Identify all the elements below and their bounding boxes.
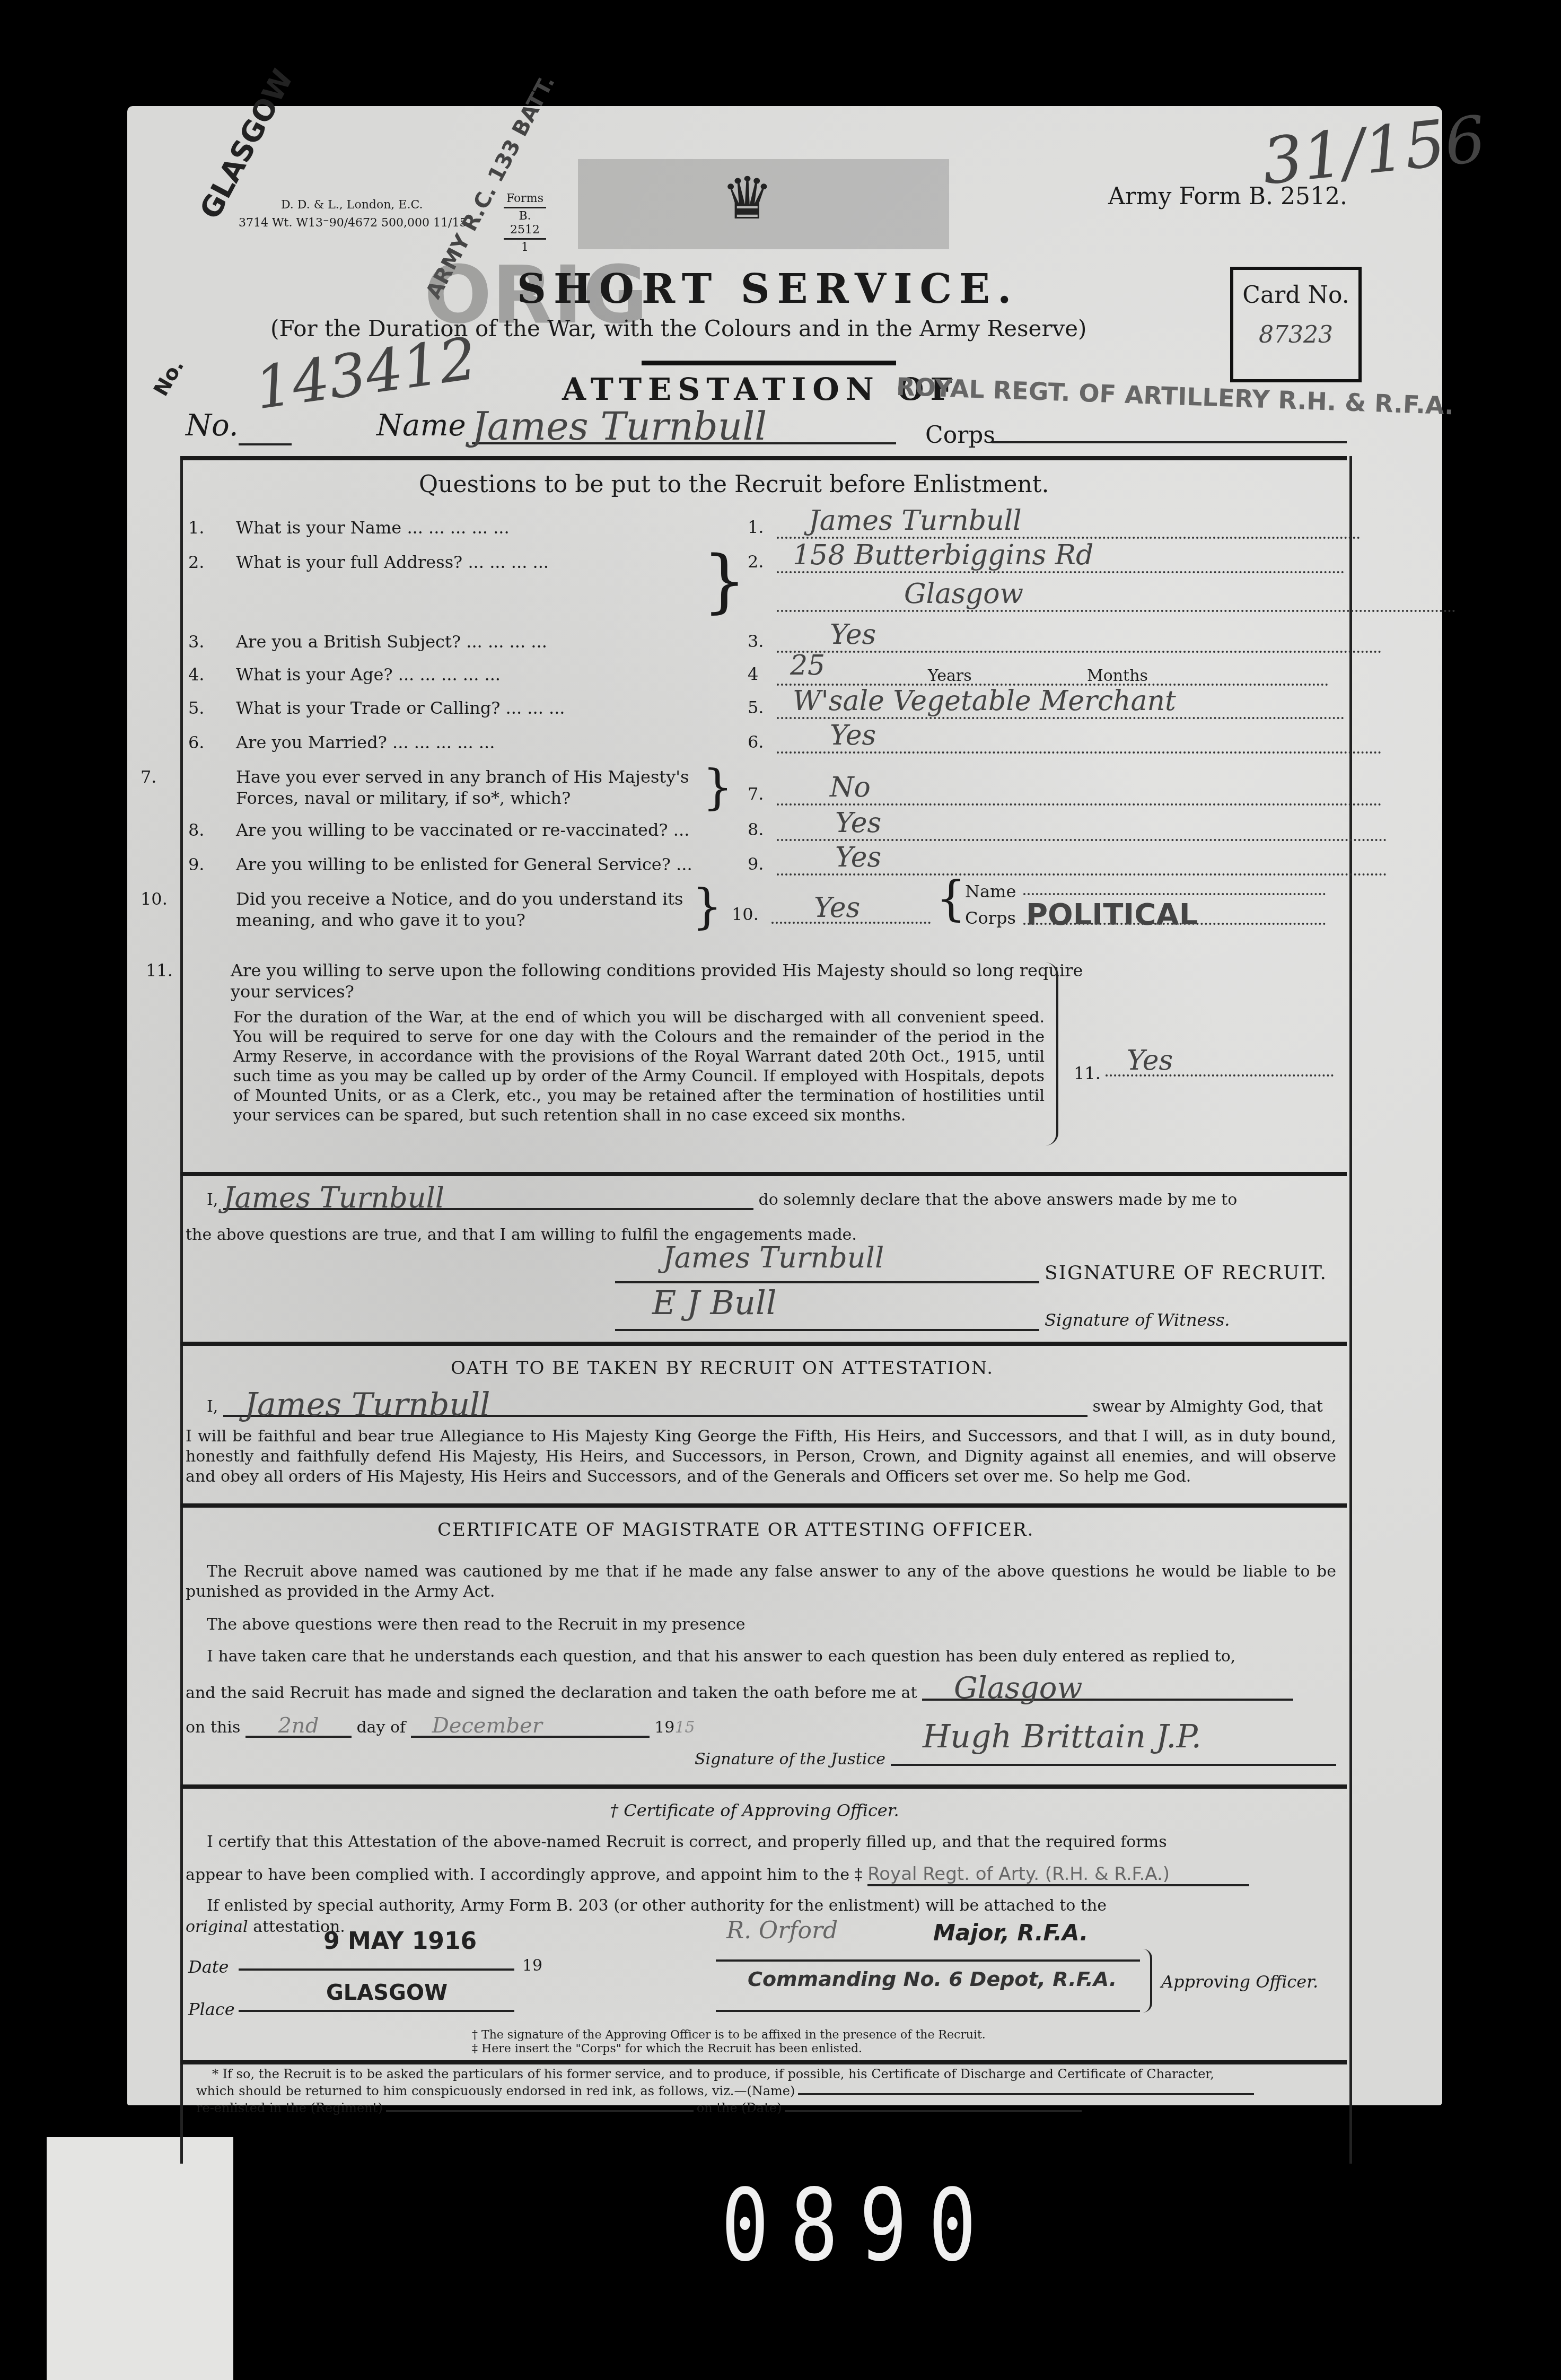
answer-6: Yes bbox=[777, 720, 1381, 754]
brace-icon: } bbox=[703, 546, 747, 615]
q-num: 2. bbox=[188, 552, 236, 573]
footer-note-1: * If so, the Recruit is to be asked the … bbox=[196, 2066, 1336, 2082]
form-title: SHORT SERVICE. bbox=[517, 265, 1019, 312]
footer-note-3-row: re-enlisted in the (Regiment)on the (Dat… bbox=[196, 2099, 1336, 2116]
justice-signature: Hugh Brittain J.P. bbox=[891, 1718, 1336, 1766]
q-num: 5. bbox=[188, 697, 236, 719]
q-text: Are you a British Subject? ... ... ... .… bbox=[236, 632, 547, 652]
declaration-text: do solemnly declare that the above answe… bbox=[758, 1191, 1237, 1209]
royal-crest-area: ♛ bbox=[578, 159, 949, 249]
date-stamp: 9 MAY 1916 bbox=[323, 1928, 477, 1955]
recruit-signature: James Turnbull bbox=[615, 1241, 1039, 1283]
question-10: 10.Did you receive a Notice, and do you … bbox=[188, 888, 745, 931]
attestation-place: Glasgow bbox=[922, 1678, 1293, 1701]
answer-3: Yes bbox=[777, 619, 1381, 653]
q-num: 8. bbox=[188, 819, 236, 841]
answer-7: No bbox=[777, 772, 1381, 806]
printer-line-2: 3714 Wt. W13⁻90/4672 500,000 11/15 bbox=[239, 214, 467, 232]
q-text: What is your full Address? ... ... ... .… bbox=[236, 552, 549, 572]
q-num: 1. bbox=[188, 517, 236, 538]
officer-line-2 bbox=[716, 2010, 1140, 2012]
footer-note-2: which should be returned to him conspicu… bbox=[196, 2084, 795, 2098]
answer-2-line2: Glasgow bbox=[777, 578, 1455, 612]
a-num: 1. bbox=[748, 517, 764, 537]
rule-top bbox=[180, 456, 1347, 460]
witness-signature-label: Signature of Witness. bbox=[1045, 1310, 1230, 1330]
oath-prefix: I, bbox=[207, 1397, 218, 1416]
rule-footer bbox=[180, 2060, 1347, 2064]
question-6: 6.Are you Married? ... ... ... ... ... bbox=[188, 732, 718, 753]
rule-declaration bbox=[180, 1172, 1347, 1176]
q-text: Did you receive a Notice, and do you und… bbox=[236, 889, 683, 930]
no-underline bbox=[239, 443, 292, 445]
answer-9: Yes bbox=[777, 842, 1387, 876]
q-text: Are you willing to serve upon the follow… bbox=[231, 960, 1083, 1002]
a-num: 5. bbox=[748, 697, 764, 717]
q-text: What is your Name ... ... ... ... ... bbox=[236, 518, 510, 538]
footnote-2: ‡ Here insert the "Corps" for which the … bbox=[472, 2042, 986, 2056]
card-number: 87323 bbox=[1233, 321, 1358, 348]
answer-10: Yes bbox=[771, 892, 931, 924]
magistrate-p4: and the said Recruit has made and signed… bbox=[186, 1678, 1336, 1703]
original-word: original bbox=[186, 1918, 248, 1936]
forms-number: B. 2512 bbox=[504, 209, 546, 237]
footnote-1: † The signature of the Approving Officer… bbox=[472, 2028, 986, 2042]
printer-line-1: D. D. & L., London, E.C. bbox=[239, 196, 467, 214]
q-num: 11. bbox=[188, 960, 231, 981]
footer-note-3b: on the (Date) bbox=[697, 2101, 782, 2115]
regimental-no-label: No. bbox=[186, 408, 239, 443]
answer-2: 158 Butterbiggins Rd bbox=[777, 539, 1344, 573]
a-num: 11. bbox=[1074, 1063, 1101, 1083]
place-line bbox=[239, 2010, 514, 2012]
corps-label: Corps bbox=[925, 422, 995, 449]
oath-line-1: I, James Turnbull swear by Almighty God,… bbox=[186, 1395, 1336, 1417]
brace-icon: { bbox=[936, 875, 966, 923]
years-label: Years bbox=[928, 667, 972, 685]
brace-icon bbox=[1046, 962, 1058, 1145]
q-num: 6. bbox=[188, 732, 236, 753]
magistrate-date-line: on this 2nd day of December 1915 bbox=[186, 1716, 822, 1738]
answer-4: 25 bbox=[790, 650, 825, 681]
a-num: 7. bbox=[748, 784, 764, 804]
paper-slip bbox=[47, 2137, 233, 2380]
approving-p2-text: appear to have been complied with. I acc… bbox=[186, 1866, 863, 1884]
a-num: 6. bbox=[748, 732, 764, 752]
on-this-label: on this bbox=[186, 1718, 240, 1737]
a-num: 9. bbox=[748, 854, 764, 874]
q-text: What is your Trade or Calling? ... ... .… bbox=[236, 698, 565, 718]
date-suffix: 19 bbox=[522, 1956, 542, 1976]
q-text: What is your Age? ... ... ... ... ... bbox=[236, 664, 501, 685]
magistrate-p4-text: and the said Recruit has made and signed… bbox=[186, 1684, 917, 1702]
question-3: 3.Are you a British Subject? ... ... ...… bbox=[188, 631, 718, 652]
rule-approving bbox=[180, 1784, 1347, 1789]
approving-p2: appear to have been complied with. I acc… bbox=[186, 1864, 1336, 1886]
footer-note-2-row: which should be returned to him conspicu… bbox=[196, 2082, 1336, 2099]
q-text: Are you willing to be enlisted for Gener… bbox=[236, 854, 692, 874]
recruit-signature-label: SIGNATURE OF RECRUIT. bbox=[1045, 1262, 1327, 1284]
oath-body: I will be faithful and bear true Allegia… bbox=[186, 1427, 1336, 1487]
approving-p3b: original attestation. bbox=[186, 1917, 345, 1937]
place-label: Place bbox=[188, 1999, 235, 2019]
footer-name-line bbox=[798, 2082, 1254, 2095]
microfilm-frame-number: 0890 bbox=[721, 2168, 997, 2283]
date-line bbox=[239, 1968, 514, 1971]
declaration-prefix: I, bbox=[207, 1191, 218, 1209]
approving-footnotes: † The signature of the Approving Officer… bbox=[472, 2028, 986, 2056]
name-label: Name bbox=[376, 408, 466, 443]
officer-line bbox=[716, 1959, 1140, 1962]
officer-rank: Major, R.F.A. bbox=[933, 1920, 1088, 1946]
months-label: Months bbox=[1087, 667, 1148, 685]
magistrate-p1: The Recruit above named was cautioned by… bbox=[186, 1562, 1336, 1602]
footer-note: * If so, the Recruit is to be asked the … bbox=[196, 2066, 1336, 2116]
card-label: Card No. bbox=[1233, 282, 1358, 309]
footer-date-line bbox=[785, 2099, 1082, 2112]
brace-icon: } bbox=[703, 764, 733, 811]
q-num: 7. bbox=[188, 766, 236, 787]
q-text: Are you willing to be vaccinated or re-v… bbox=[236, 820, 689, 840]
notice-name-label: Name bbox=[965, 881, 1016, 902]
q-num: 10. bbox=[188, 888, 236, 909]
officer-signature: R. Orford bbox=[726, 1917, 838, 1944]
approving-p1: I certify that this Attestation of the a… bbox=[207, 1832, 1336, 1852]
a-num: 2. bbox=[748, 552, 764, 572]
appointed-corps: Royal Regt. of Arty. (R.H. & R.F.A.) bbox=[867, 1864, 1249, 1886]
notice-corps-label: Corps bbox=[965, 908, 1016, 928]
declaration-name: James Turnbull bbox=[223, 1188, 753, 1210]
declaration-line-1: I, James Turnbull do solemnly declare th… bbox=[186, 1188, 1336, 1210]
approving-officer-label: Approving Officer. bbox=[1161, 1972, 1318, 1992]
attestation-day: 2nd bbox=[245, 1716, 352, 1738]
question-2: 2.What is your full Address? ... ... ...… bbox=[188, 552, 718, 573]
name-field: James Turnbull bbox=[472, 404, 896, 444]
answer-8: Yes bbox=[777, 807, 1387, 841]
year-prefix: 19 bbox=[654, 1718, 674, 1737]
questions-heading: Questions to be put to the Recruit befor… bbox=[419, 471, 1049, 498]
attestation-month: December bbox=[411, 1716, 650, 1738]
witness-signature: E J Bull bbox=[615, 1283, 1039, 1331]
q-num: 9. bbox=[188, 854, 236, 875]
date-label: Date bbox=[188, 1957, 229, 1977]
brace-icon: } bbox=[692, 883, 722, 931]
forms-reference: Forms B. 2512 1 bbox=[504, 192, 546, 255]
answer-5: W'sale Vegetable Merchant bbox=[777, 685, 1344, 719]
notice-name-line bbox=[1023, 893, 1326, 895]
place-stamp: GLASGOW bbox=[326, 1981, 448, 2005]
footer-regiment-line bbox=[386, 2099, 694, 2112]
card-number-box: Card No. 87323 bbox=[1230, 267, 1362, 382]
question-4: 4.What is your Age? ... ... ... ... ... bbox=[188, 664, 718, 685]
q-num: 3. bbox=[188, 631, 236, 652]
rule-oath bbox=[180, 1342, 1347, 1346]
magistrate-p3: I have taken care that he understands ea… bbox=[207, 1647, 1336, 1667]
a-num: 10. bbox=[732, 904, 759, 924]
a-num: 8. bbox=[748, 819, 764, 839]
question-5: 5.What is your Trade or Calling? ... ...… bbox=[188, 697, 718, 719]
approving-p3: If enlisted by special authority, Army F… bbox=[207, 1896, 1336, 1916]
approving-heading: † Certificate of Approving Officer. bbox=[610, 1800, 899, 1821]
political-stamp: POLITICAL bbox=[1026, 897, 1198, 932]
title-rule bbox=[642, 361, 896, 365]
q-text: Have you ever served in any branch of Hi… bbox=[236, 767, 689, 808]
question-8: 8.Are you willing to be vaccinated or re… bbox=[188, 819, 718, 841]
answer-4-line: 25 Years Months bbox=[777, 652, 1328, 686]
corps-underline bbox=[992, 441, 1347, 443]
a-num: 3. bbox=[748, 631, 764, 651]
question-7: 7.Have you ever served in any branch of … bbox=[188, 766, 745, 809]
day-of-label: day of bbox=[356, 1718, 406, 1737]
oath-heading: OATH TO BE TAKEN BY RECRUIT ON ATTESTATI… bbox=[451, 1358, 994, 1379]
a-num: 4 bbox=[748, 664, 758, 684]
answer-11: Yes bbox=[1106, 1045, 1334, 1077]
q-text: Are you Married? ... ... ... ... ... bbox=[236, 732, 495, 752]
footer-note-3a: re-enlisted in the (Regiment) bbox=[196, 2101, 383, 2115]
magistrate-heading: CERTIFICATE OF MAGISTRATE OR ATTESTING O… bbox=[437, 1519, 1034, 1541]
officer-command: Commanding No. 6 Depot, R.F.A. bbox=[748, 1967, 1117, 1991]
answer-1: James Turnbull bbox=[777, 505, 1360, 539]
question-9: 9.Are you willing to be enlisted for Gen… bbox=[188, 854, 718, 875]
forms-label: Forms bbox=[504, 192, 546, 206]
printer-imprint: D. D. & L., London, E.C. 3714 Wt. W13⁻90… bbox=[239, 196, 467, 232]
rule-magistrate bbox=[180, 1503, 1347, 1508]
attestation-year: 15 bbox=[674, 1718, 695, 1737]
royal-crest-icon: ♛ bbox=[721, 164, 774, 232]
oath-swear: swear by Almighty God, that bbox=[1092, 1397, 1322, 1416]
oath-name: James Turnbull bbox=[223, 1395, 1088, 1417]
brace-icon bbox=[1143, 1949, 1152, 2012]
q-num: 4. bbox=[188, 664, 236, 685]
question-1: 1.What is your Name ... ... ... ... ... bbox=[188, 517, 718, 538]
justice-signature-label: Signature of the Justice bbox=[695, 1750, 885, 1769]
q11-conditions: For the duration of the War, at the end … bbox=[233, 1008, 1045, 1125]
question-11: 11.Are you willing to serve upon the fol… bbox=[188, 960, 1090, 1002]
magistrate-p2: The above questions were then read to th… bbox=[207, 1615, 1336, 1635]
